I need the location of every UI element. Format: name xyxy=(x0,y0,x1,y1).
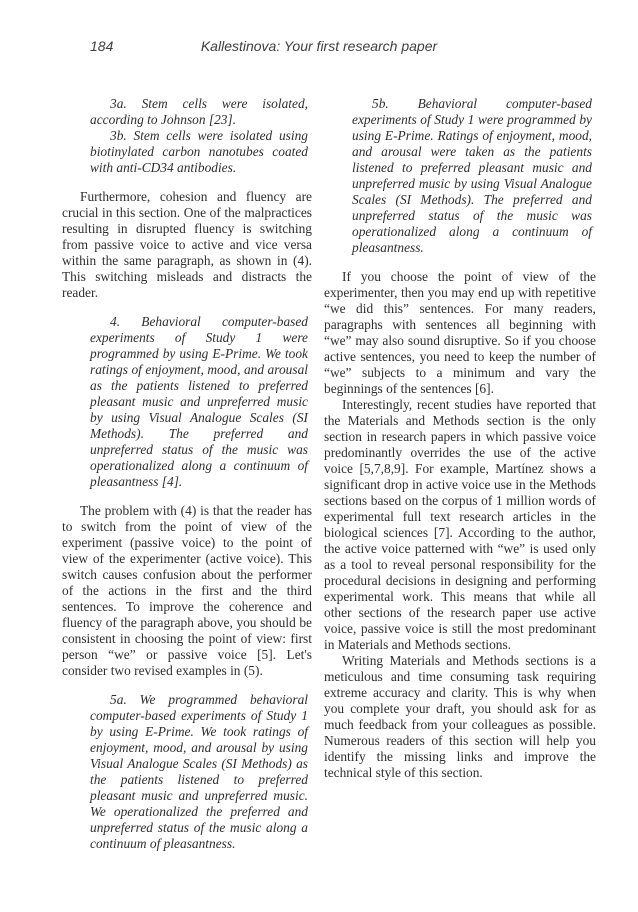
example-sentence-3a: 3a. Stem cells were isolated, according … xyxy=(90,96,308,128)
paragraph-problem-with-4: The problem with (4) is that the reader … xyxy=(62,503,312,679)
example-block-5a: 5a. We programmed behavioral computer-ba… xyxy=(90,692,312,852)
example-sentence-5a: 5a. We programmed behavioral computer-ba… xyxy=(90,692,308,852)
running-header: 184 Kallestinova: Your first research pa… xyxy=(0,38,638,58)
paragraph-point-of-view: If you choose the point of view of the e… xyxy=(324,269,596,397)
page-body: 3a. Stem cells were isolated, according … xyxy=(0,96,638,852)
example-block-5b: 5b. Behavioral computer-based experiment… xyxy=(352,96,596,256)
example-block-3: 3a. Stem cells were isolated, according … xyxy=(90,96,312,176)
example-block-4: 4. Behavioral computer-based experiments… xyxy=(90,314,312,490)
paragraph-furthermore: Furthermore, cohesion and fluency are cr… xyxy=(62,189,312,301)
example-sentence-5b: 5b. Behavioral computer-based experiment… xyxy=(352,96,592,256)
example-sentence-4: 4. Behavioral computer-based experiments… xyxy=(90,314,308,490)
paper-page: 184 Kallestinova: Your first research pa… xyxy=(0,0,638,912)
paragraph-interestingly: Interestingly, recent studies have repor… xyxy=(324,397,596,653)
example-sentence-3b: 3b. Stem cells were isolated using bioti… xyxy=(90,128,308,176)
left-column: 3a. Stem cells were isolated, according … xyxy=(62,96,312,852)
paragraph-writing-methods: Writing Materials and Methods sections i… xyxy=(324,653,596,781)
right-column: 5b. Behavioral computer-based experiment… xyxy=(324,96,596,852)
running-title: Kallestinova: Your first research paper xyxy=(0,38,638,54)
